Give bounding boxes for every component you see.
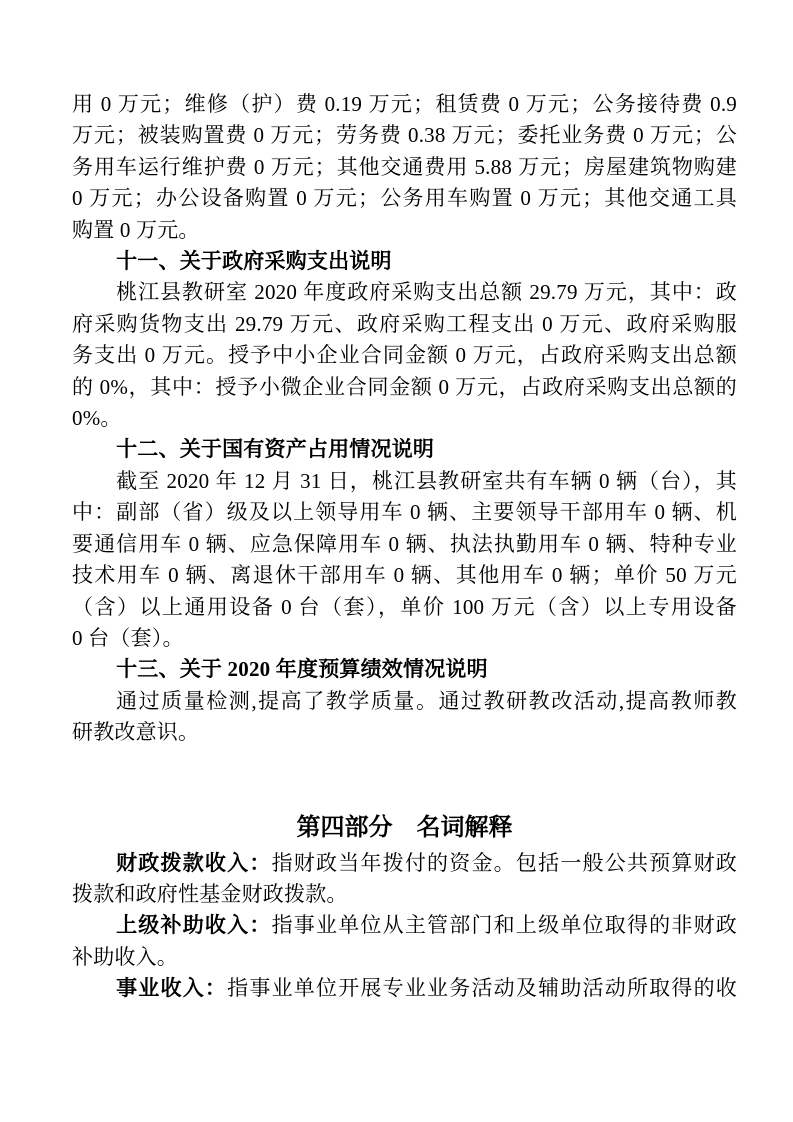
section-12-heading: 十二、关于国有资产占用情况说明 [72,434,737,465]
definition-text: 指事业单位开展专业业务活动及辅助活动所取得的收 [227,976,737,1000]
paragraph-line: 研教改意识。 [72,717,737,748]
paragraph-line: 的 0%，其中：授予小微企业合同金额 0 万元，占政府采购支出总额的 [72,372,737,403]
definition-text: 指事业单位从主管部门和上级单位取得的非财政 [272,913,737,937]
paragraph-line: 要通信用车 0 辆、应急保障用车 0 辆、执法执勤用车 0 辆、特种专业 [72,529,737,560]
paragraph-line: 务用车运行维护费 0 万元；其他交通费用 5.88 万元；房屋建筑物购建 [72,152,737,183]
definition-business-income: 事业收入：指事业单位开展专业业务活动及辅助活动所取得的收 [72,973,737,1004]
definition-term: 事业收入： [116,976,227,1000]
definition-term: 上级补助收入： [116,913,271,937]
definition-first-line: 事业收入：指事业单位开展专业业务活动及辅助活动所取得的收 [72,973,737,1004]
section-11-heading: 十一、关于政府采购支出说明 [72,246,737,277]
definition-second-line: 拨款和政府性基金财政拨款。 [72,879,737,910]
paragraph-line: 桃江县教研室 2020 年度政府采购支出总额 29.79 万元，其中：政 [72,277,737,308]
paragraph-line: 购置 0 万元。 [72,215,737,246]
paragraph-line: 府采购货物支出 29.79 万元、政府采购工程支出 0 万元、政府采购服 [72,309,737,340]
definition-second-line: 补助收入。 [72,942,737,973]
definition-term: 财政拨款收入： [116,851,271,875]
definition-fiscal-appropriation-income: 财政拨款收入：指财政当年拨付的资金。包括一般公共预算财政 拨款和政府性基金财政拨… [72,848,737,911]
section-12: 十二、关于国有资产占用情况说明 截至 2020 年 12 月 31 日，桃江县教… [72,434,737,654]
definition-text: 指财政当年拨付的资金。包括一般公共预算财政 [272,851,737,875]
section-11: 十一、关于政府采购支出说明 桃江县教研室 2020 年度政府采购支出总额 29.… [72,246,737,434]
part4-glossary: 第四部分 名词解释 财政拨款收入：指财政当年拨付的资金。包括一般公共预算财政 拨… [72,811,737,1005]
paragraph-line: 中：副部（省）级及以上领导用车 0 辆、主要领导干部用车 0 辆、机 [72,497,737,528]
paragraph-line: 0 台（套）。 [72,623,737,654]
document-page: 用 0 万元；维修（护）费 0.19 万元；租赁费 0 万元；公务接待费 0.9… [0,0,793,1122]
section-13-heading: 十三、关于 2020 年度预算绩效情况说明 [72,654,737,685]
paragraph-line: 0%。 [72,403,737,434]
paragraph-line: 通过质量检测,提高了教学质量。通过教研教改活动,提高教师教 [72,686,737,717]
paragraph-line: 0 万元；办公设备购置 0 万元；公务用车购置 0 万元；其他交通工具 [72,183,737,214]
definition-first-line: 财政拨款收入：指财政当年拨付的资金。包括一般公共预算财政 [72,848,737,879]
paragraph-line: 截至 2020 年 12 月 31 日，桃江县教研室共有车辆 0 辆（台），其 [72,466,737,497]
paragraph-line: 务支出 0 万元。授予中小企业合同金额 0 万元，占政府采购支出总额 [72,340,737,371]
paragraph-line: 技术用车 0 辆、离退休干部用车 0 辆、其他用车 0 辆；单价 50 万元 [72,560,737,591]
part4-title: 第四部分 名词解释 [72,811,737,845]
definition-superior-subsidy-income: 上级补助收入：指事业单位从主管部门和上级单位取得的非财政 补助收入。 [72,910,737,973]
section-13: 十三、关于 2020 年度预算绩效情况说明 通过质量检测,提高了教学质量。通过教… [72,654,737,748]
paragraph-line: 用 0 万元；维修（护）费 0.19 万元；租赁费 0 万元；公务接待费 0.9 [72,89,737,120]
paragraph-line: （含）以上通用设备 0 台（套），单价 100 万元（含）以上专用设备 [72,592,737,623]
definition-first-line: 上级补助收入：指事业单位从主管部门和上级单位取得的非财政 [72,910,737,941]
paragraph-line: 万元；被装购置费 0 万元；劳务费 0.38 万元；委托业务费 0 万元；公 [72,120,737,151]
continuation-paragraph: 用 0 万元；维修（护）费 0.19 万元；租赁费 0 万元；公务接待费 0.9… [72,89,737,246]
